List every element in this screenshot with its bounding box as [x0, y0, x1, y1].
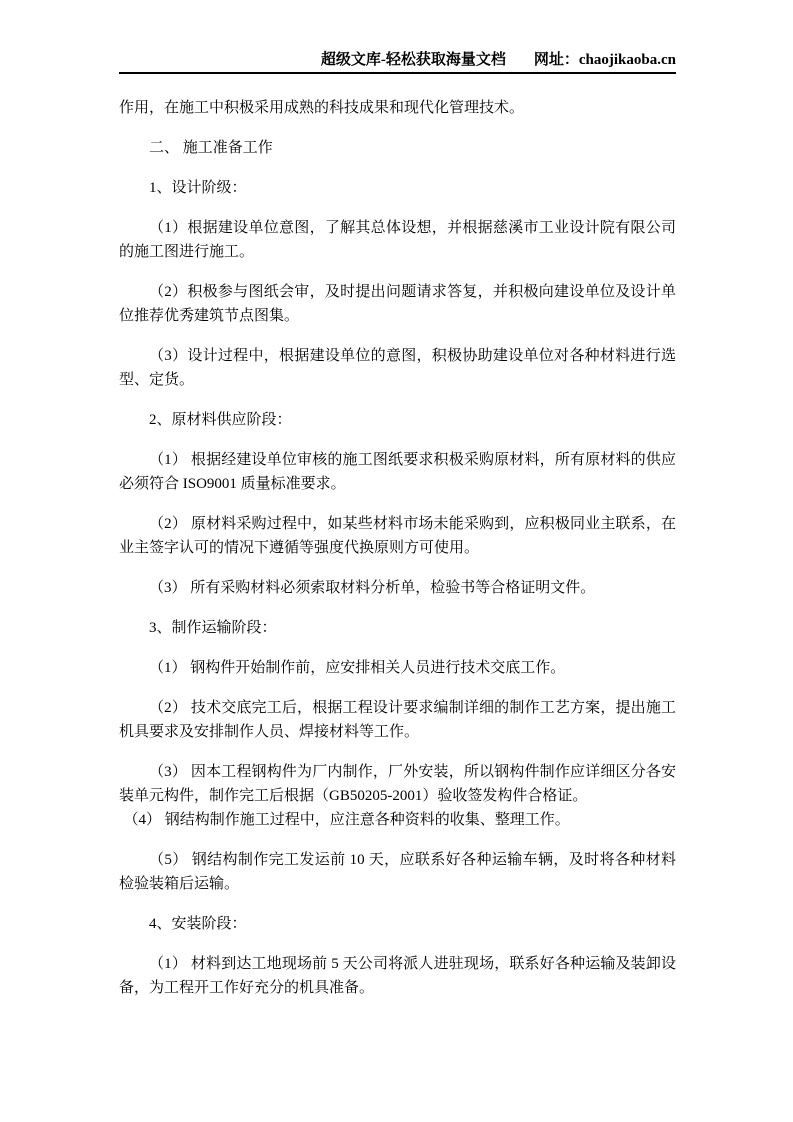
paragraph: （1） 材料到达工地现场前 5 天公司将派人进驻现场，联系好各种运输及装卸设备，… — [119, 952, 676, 1000]
document-page: 超级文库-轻松获取海量文档网址：chaojikaoba.cn 作用，在施工中积极… — [0, 0, 793, 1122]
paragraph: （2） 技术交底完工后，根据工程设计要求编制详细的制作工艺方案，提出施工机具要求… — [119, 696, 676, 744]
paragraph: （1） 钢构件开始制作前，应安排相关人员进行技术交底工作。 — [119, 656, 676, 680]
paragraph: （3）设计过程中，根据建设单位的意图，积极协助建设单位对各种材料进行选型、定货。 — [119, 344, 676, 392]
paragraph: （4） 钢结构制作施工过程中，应注意各种资料的收集、整理工作。 — [119, 808, 676, 832]
header-url: chaojikaoba.cn — [579, 52, 676, 68]
paragraph: （5） 钢结构制作完工发运前 10 天，应联系好各种运输车辆，及时将各种材料检验… — [119, 848, 676, 896]
document-body: 作用，在施工中积极采用成熟的科技成果和现代化管理技术。二、 施工准备工作1、设计… — [119, 96, 676, 1000]
paragraph: 二、 施工准备工作 — [119, 136, 676, 160]
paragraph: 3、制作运输阶段： — [119, 616, 676, 640]
paragraph: （3） 因本工程钢构件为厂内制作，厂外安装，所以钢构件制作应详细区分各安装单元构… — [119, 760, 676, 808]
header-rule — [119, 72, 676, 74]
paragraph: 4、安装阶段： — [119, 912, 676, 936]
header-site-label: 超级文库-轻松获取海量文档 — [321, 52, 506, 68]
paragraph: （3） 所有采购材料必须索取材料分析单，检验书等合格证明文件。 — [119, 576, 676, 600]
paragraph: （2）积极参与图纸会审，及时提出问题请求答复，并积极向建设单位及设计单位推荐优秀… — [119, 280, 676, 328]
page-header: 超级文库-轻松获取海量文档网址：chaojikaoba.cn — [119, 0, 676, 74]
paragraph: 作用，在施工中积极采用成熟的科技成果和现代化管理技术。 — [119, 96, 676, 120]
paragraph: （2） 原材料采购过程中，如某些材料市场未能采购到，应积极同业主联系，在业主签字… — [119, 512, 676, 560]
paragraph: 1、设计阶级： — [119, 176, 676, 200]
header-url-label: 网址： — [534, 52, 579, 68]
paragraph: （1）根据建设单位意图，了解其总体设想，并根据慈溪市工业设计院有限公司的施工图进… — [119, 216, 676, 264]
paragraph: 2、原材料供应阶段： — [119, 408, 676, 432]
paragraph: （1） 根据经建设单位审核的施工图纸要求积极采购原材料，所有原材料的供应必须符合… — [119, 448, 676, 496]
header-text: 超级文库-轻松获取海量文档网址：chaojikaoba.cn — [119, 50, 676, 72]
